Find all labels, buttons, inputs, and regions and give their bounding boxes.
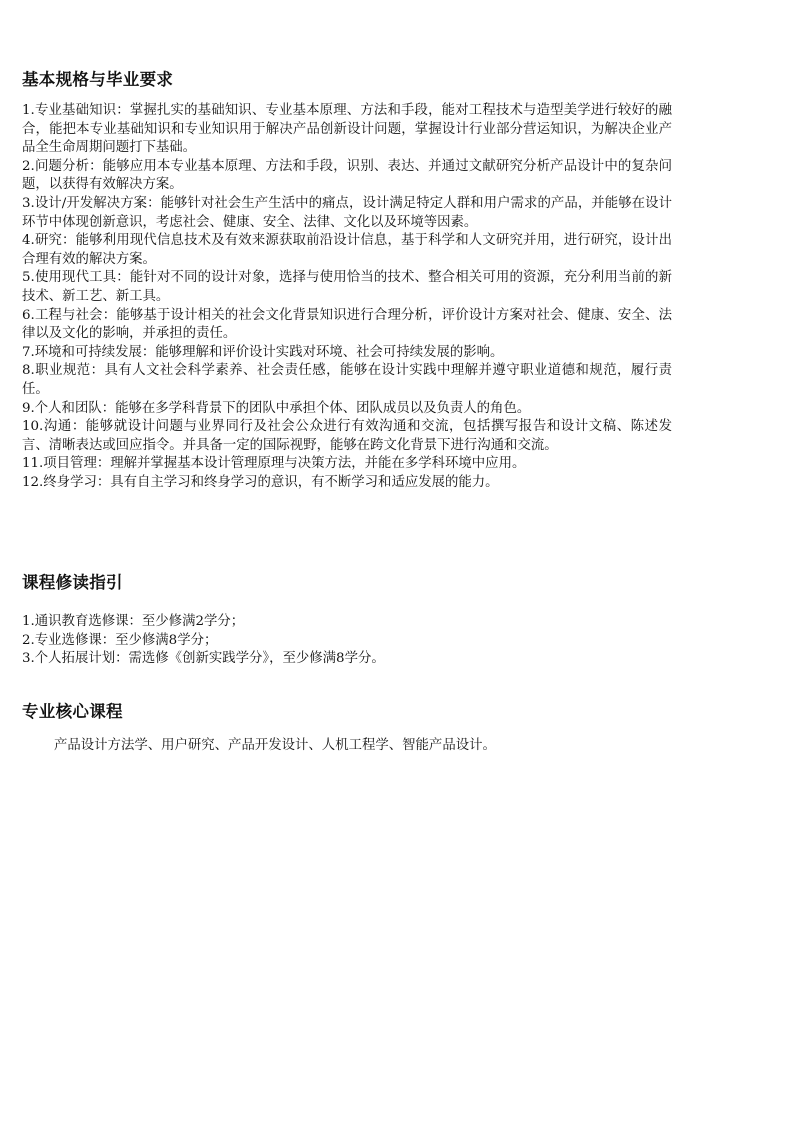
list-item: 3.设计/开发解决方案：能够针对社会生产生活中的痛点，设计满足特定人群和用户需求… bbox=[22, 195, 672, 232]
list-item: 9.个人和团队：能够在多学科背景下的团队中承担个体、团队成员以及负责人的角色。 bbox=[22, 400, 672, 419]
list-item: 10.沟通：能够就设计问题与业界同行及社会公众进行有效沟通和交流，包括撰写报告和… bbox=[22, 418, 672, 455]
course-guide-list: 1.通识教育选修课：至少修满2学分； 2.专业选修课：至少修满8学分； 3.个人… bbox=[22, 613, 672, 669]
list-item: 2.专业选修课：至少修满8学分； bbox=[22, 632, 672, 651]
section-title-requirements: 基本规格与毕业要求 bbox=[22, 66, 173, 90]
section-title-core-courses: 专业核心课程 bbox=[22, 698, 123, 722]
core-courses-text: 产品设计方法学、用户研究、产品开发设计、人机工程学、智能产品设计。 bbox=[54, 737, 496, 756]
list-item: 6.工程与社会：能够基于设计相关的社会文化背景知识进行合理分析，评价设计方案对社… bbox=[22, 307, 672, 344]
list-item: 1.专业基础知识：掌握扎实的基础知识、专业基本原理、方法和手段，能对工程技术与造… bbox=[22, 102, 672, 158]
list-item: 5.使用现代工具：能针对不同的设计对象，选择与使用恰当的技术、整合相关可用的资源… bbox=[22, 269, 672, 306]
list-item: 12.终身学习：具有自主学习和终身学习的意识，有不断学习和适应发展的能力。 bbox=[22, 474, 672, 493]
list-item: 8.职业规范：具有人文社会科学素养、社会责任感，能够在设计实践中理解并遵守职业道… bbox=[22, 362, 672, 399]
list-item: 4.研究：能够利用现代信息技术及有效来源获取前沿设计信息，基于科学和人文研究并用… bbox=[22, 232, 672, 269]
list-item: 3.个人拓展计划：需选修《创新实践学分》，至少修满8学分。 bbox=[22, 650, 672, 669]
section-title-course-guide: 课程修读指引 bbox=[22, 569, 123, 593]
requirements-list: 1.专业基础知识：掌握扎实的基础知识、专业基本原理、方法和手段，能对工程技术与造… bbox=[22, 102, 672, 492]
list-item: 7.环境和可持续发展：能够理解和评价设计实践对环境、社会可持续发展的影响。 bbox=[22, 344, 672, 363]
list-item: 11.项目管理：理解并掌握基本设计管理原理与决策方法，并能在多学科环境中应用。 bbox=[22, 455, 672, 474]
list-item: 1.通识教育选修课：至少修满2学分； bbox=[22, 613, 672, 632]
list-item: 2.问题分析：能够应用本专业基本原理、方法和手段，识别、表达、并通过文献研究分析… bbox=[22, 158, 672, 195]
